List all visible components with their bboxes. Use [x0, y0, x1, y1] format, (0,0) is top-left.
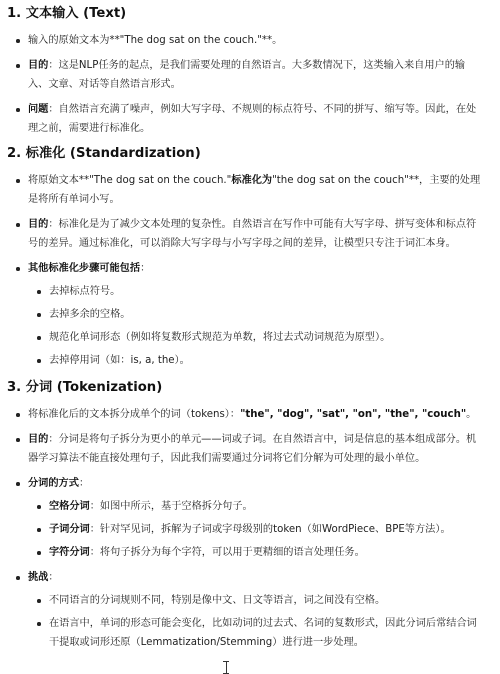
list-item: 输入的原始文本为**"The dog sat on the couch."**。 — [7, 31, 484, 50]
item-label: 目的 — [28, 434, 48, 445]
sub-list-item: 字符分词：将句子拆分为每个字符，可以用于更精细的语言处理任务。 — [28, 543, 484, 562]
list-item: 分词的方式： 空格分词：如图中所示，基于空格拆分句子。 子词分词：针对罕见词，拆… — [7, 474, 484, 562]
item-label: "the", "dog", "sat", "on", "the", "couch… — [240, 409, 466, 420]
section-heading: 2. 标准化 (Standardization) — [7, 143, 484, 165]
item-text: ：这是NLP任务的起点，是我们需要处理的自然语言。大多数情况下，这类输入来自用户… — [28, 60, 465, 90]
sub-bullet-list: 去掉标点符号。 去掉多余的空格。 规范化单词形态（例如将复数形式规范为单数，将过… — [28, 282, 484, 370]
item-pre-text: 将标准化后的文本拆分成单个的词（tokens）： — [28, 409, 240, 420]
sub-list-item: 子词分词：针对罕见词，拆解为子词或字母级别的token（如WordPiece、B… — [28, 520, 484, 539]
item-text: ： — [140, 263, 150, 274]
sub-list-item: 在语言中，单词的形态可能会变化，比如动词的过去式、名词的复数形式，因此分词后常结… — [28, 614, 484, 652]
item-text: 输入的原始文本为**"The dog sat on the couch."**。 — [28, 35, 282, 46]
sub-bullet-list: 空格分词：如图中所示，基于空格拆分句子。 子词分词：针对罕见词，拆解为子词或字母… — [28, 497, 484, 562]
sub-list-item: 规范化单词形态（例如将复数形式规范为单数，将过去式动词规范为原型）。 — [28, 328, 484, 347]
list-item: 挑战： 不同语言的分词规则不同，特别是像中文、日文等语言，词之间没有空格。 在语… — [7, 568, 484, 652]
sub-list-item: 空格分词：如图中所示，基于空格拆分句子。 — [28, 497, 484, 516]
list-item: 其他标准化步骤可能包括： 去掉标点符号。 去掉多余的空格。 规范化单词形态（例如… — [7, 259, 484, 370]
section-text-input: 1. 文本输入 (Text) 输入的原始文本为**"The dog sat on… — [7, 3, 484, 138]
bullet-list: 输入的原始文本为**"The dog sat on the couch."**。… — [7, 31, 484, 138]
item-text: 。 — [466, 409, 476, 420]
sub-list-item: 去掉多余的空格。 — [28, 305, 484, 324]
item-text: ：标准化是为了减少文本处理的复杂性。自然语言在写作中可能有大写字母、拼写变体和标… — [28, 219, 476, 249]
sub-list-item: 不同语言的分词规则不同，特别是像中文、日文等语言，词之间没有空格。 — [28, 591, 484, 610]
list-item: 目的：分词是将句子拆分为更小的单元——词或子词。在自然语言中，词是信息的基本组成… — [7, 430, 484, 468]
item-label: 分词的方式 — [28, 478, 79, 489]
bullet-list: 将标准化后的文本拆分成单个的词（tokens）："the", "dog", "s… — [7, 405, 484, 652]
sub-item-text: ：针对罕见词，拆解为子词或字母级别的token（如WordPiece、BPE等方… — [90, 524, 451, 535]
list-item: 目的：这是NLP任务的起点，是我们需要处理的自然语言。大多数情况下，这类输入来自… — [7, 56, 484, 94]
section-standardization: 2. 标准化 (Standardization) 将原始文本**"The dog… — [7, 143, 484, 370]
item-text: ： — [79, 478, 89, 489]
item-label: 标准化为 — [231, 175, 272, 186]
item-text: ：分词是将句子拆分为更小的单元——词或子词。在自然语言中，词是信息的基本组成部分… — [28, 434, 476, 464]
list-item: 将原始文本**"The dog sat on the couch."标准化为"t… — [7, 171, 484, 209]
sub-item-text: ：如图中所示，基于空格拆分句子。 — [90, 501, 253, 512]
item-pre-text: 将原始文本**"The dog sat on the couch." — [28, 175, 231, 186]
section-heading: 3. 分词 (Tokenization) — [7, 377, 484, 399]
list-item: 目的：标准化是为了减少文本处理的复杂性。自然语言在写作中可能有大写字母、拼写变体… — [7, 215, 484, 253]
document: 1. 文本输入 (Text) 输入的原始文本为**"The dog sat on… — [0, 0, 500, 652]
item-label: 其他标准化步骤可能包括 — [28, 263, 140, 274]
item-text: ： — [48, 572, 58, 583]
item-label: 目的 — [28, 219, 48, 230]
section-heading: 1. 文本输入 (Text) — [7, 3, 484, 25]
list-item: 将标准化后的文本拆分成单个的词（tokens）："the", "dog", "s… — [7, 405, 484, 424]
sub-bullet-list: 不同语言的分词规则不同，特别是像中文、日文等语言，词之间没有空格。 在语言中，单… — [28, 591, 484, 652]
list-item: 问题：自然语言充满了噪声，例如大写字母、不规则的标点符号、不同的拼写、缩写等。因… — [7, 100, 484, 138]
text-cursor-icon — [223, 661, 229, 674]
item-label: 目的 — [28, 60, 48, 71]
item-label: 问题 — [28, 104, 48, 115]
sub-list-item: 去掉标点符号。 — [28, 282, 484, 301]
bullet-list: 将原始文本**"The dog sat on the couch."标准化为"t… — [7, 171, 484, 370]
item-text: ：自然语言充满了噪声，例如大写字母、不规则的标点符号、不同的拼写、缩写等。因此，… — [28, 104, 476, 134]
item-label: 挑战 — [28, 572, 48, 583]
sub-item-label: 空格分词 — [49, 501, 90, 512]
sub-item-text: ：将句子拆分为每个字符，可以用于更精细的语言处理任务。 — [90, 547, 365, 558]
section-tokenization: 3. 分词 (Tokenization) 将标准化后的文本拆分成单个的词（tok… — [7, 377, 484, 652]
sub-list-item: 去掉停用词（如：is, a, the）。 — [28, 351, 484, 370]
sub-item-label: 字符分词 — [49, 547, 90, 558]
sub-item-label: 子词分词 — [49, 524, 90, 535]
